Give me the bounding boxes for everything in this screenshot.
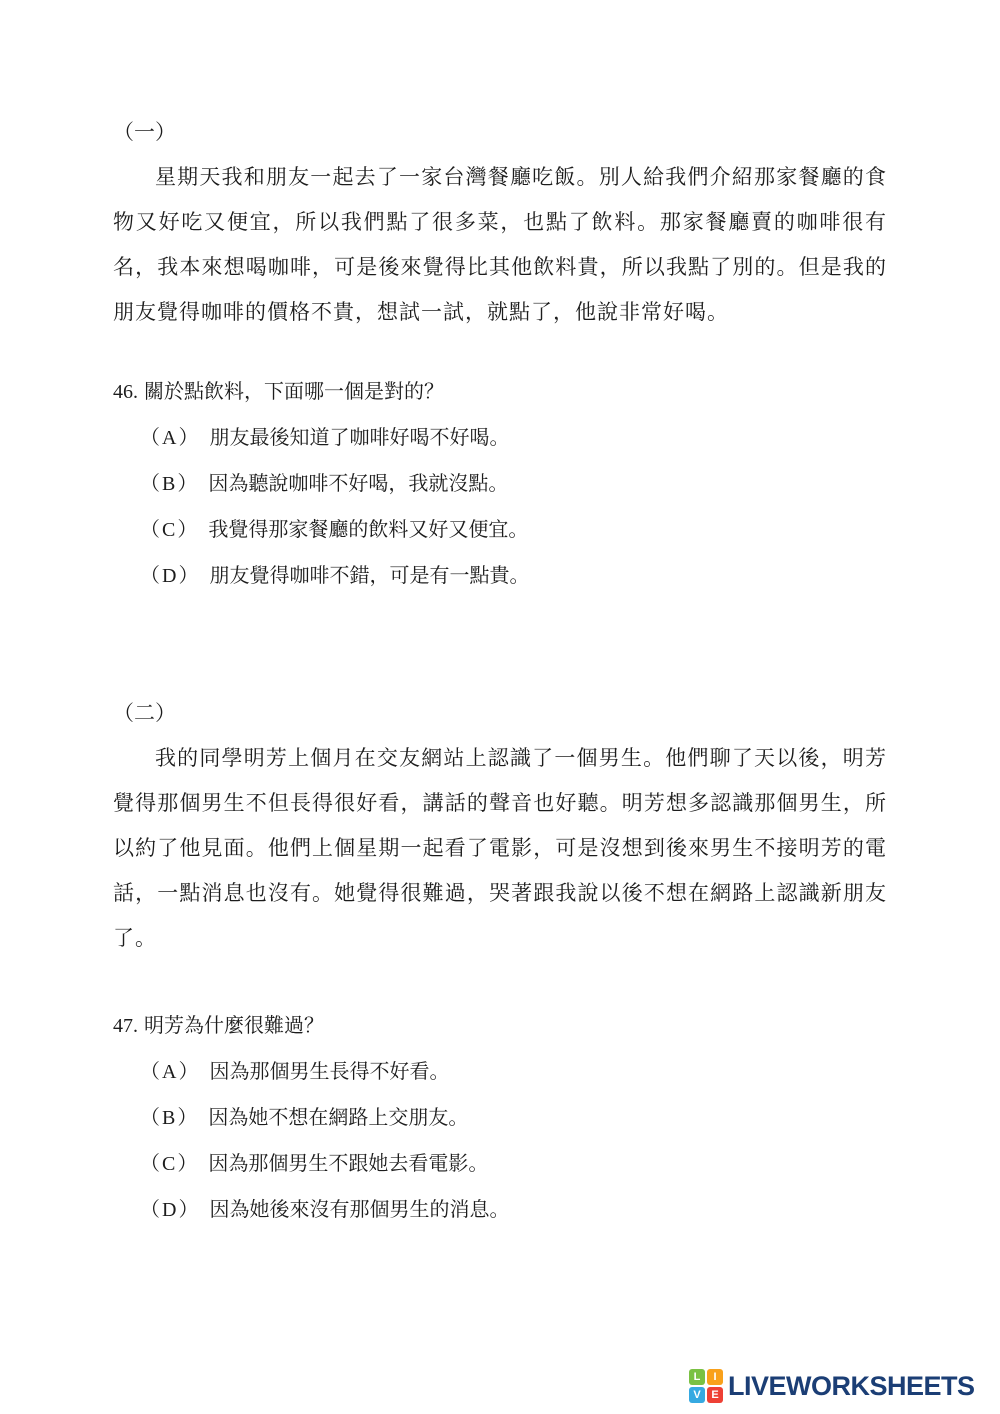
question-46-text: 關於點飲料，下面哪一個是對的？: [144, 381, 444, 403]
question-46-option-b[interactable]: （B）因為聽說咖啡不好喝，我就沒點。: [140, 461, 887, 507]
option-text: 因為那個男生不跟她去看電影。: [208, 1153, 488, 1175]
section-1: （一） 星期天我和朋友一起去了一家台灣餐廳吃飯。別人給我們介紹那家餐廳的食物又好…: [113, 110, 887, 599]
logo-tile-e: E: [707, 1387, 723, 1403]
option-text: 因為那個男生長得不好看。: [209, 1061, 449, 1083]
section-1-label: （一）: [113, 110, 887, 155]
question-47-text: 明芳為什麼很難過？: [144, 1015, 324, 1037]
section-1-passage: 星期天我和朋友一起去了一家台灣餐廳吃飯。別人給我們介紹那家餐廳的食物又好吃又便宜…: [113, 155, 887, 335]
option-text: 因為聽說咖啡不好喝，我就沒點。: [208, 473, 508, 495]
question-46-option-d[interactable]: （D）朋友覺得咖啡不錯，可是有一點貴。: [140, 553, 887, 599]
option-key: （A）: [140, 1061, 200, 1083]
option-key: （C）: [140, 519, 199, 541]
option-key: （D）: [140, 1199, 200, 1221]
option-text: 朋友覺得咖啡不錯，可是有一點貴。: [209, 565, 529, 587]
section-2: （二） 我的同學明芳上個月在交友網站上認識了一個男生。他們聊了天以後，明芳覺得那…: [113, 691, 887, 1233]
question-46-option-c[interactable]: （C）我覺得那家餐廳的飲料又好又便宜。: [140, 507, 887, 553]
option-text: 朋友最後知道了咖啡好喝不好喝。: [209, 427, 509, 449]
question-46-option-a[interactable]: （A）朋友最後知道了咖啡好喝不好喝。: [140, 415, 887, 461]
question-47: 47.明芳為什麼很難過？: [113, 1003, 887, 1049]
question-46: 46.關於點飲料，下面哪一個是對的？: [113, 369, 887, 415]
section-2-passage: 我的同學明芳上個月在交友網站上認識了一個男生。他們聊了天以後，明芳覺得那個男生不…: [113, 736, 887, 961]
question-47-option-c[interactable]: （C）因為那個男生不跟她去看電影。: [140, 1141, 887, 1187]
worksheet-content: （一） 星期天我和朋友一起去了一家台灣餐廳吃飯。別人給我們介紹那家餐廳的食物又好…: [113, 110, 887, 1233]
question-47-option-b[interactable]: （B）因為她不想在網路上交朋友。: [140, 1095, 887, 1141]
question-47-option-d[interactable]: （D）因為她後來沒有那個男生的消息。: [140, 1187, 887, 1233]
liveworksheets-branding[interactable]: L I V E LIVEWORKSHEETS: [689, 1369, 975, 1403]
question-47-number: 47.: [113, 1015, 138, 1037]
question-46-number: 46.: [113, 381, 138, 403]
liveworksheets-logo-icon: L I V E: [689, 1369, 723, 1403]
option-key: （B）: [140, 473, 199, 495]
option-text: 因為她後來沒有那個男生的消息。: [209, 1199, 509, 1221]
logo-tile-v: V: [689, 1387, 705, 1403]
question-47-option-a[interactable]: （A）因為那個男生長得不好看。: [140, 1049, 887, 1095]
logo-tile-i: I: [707, 1369, 723, 1385]
option-key: （D）: [140, 565, 200, 587]
option-text: 因為她不想在網路上交朋友。: [208, 1107, 468, 1129]
section-2-label: （二）: [113, 691, 887, 736]
logo-tile-l: L: [689, 1369, 705, 1385]
option-key: （B）: [140, 1107, 199, 1129]
option-text: 我覺得那家餐廳的飲料又好又便宜。: [208, 519, 528, 541]
option-key: （C）: [140, 1153, 199, 1175]
question-46-options: （A）朋友最後知道了咖啡好喝不好喝。 （B）因為聽說咖啡不好喝，我就沒點。 （C…: [140, 415, 887, 599]
liveworksheets-wordmark: LIVEWORKSHEETS: [728, 1371, 975, 1402]
question-47-options: （A）因為那個男生長得不好看。 （B）因為她不想在網路上交朋友。 （C）因為那個…: [140, 1049, 887, 1233]
option-key: （A）: [140, 427, 200, 449]
